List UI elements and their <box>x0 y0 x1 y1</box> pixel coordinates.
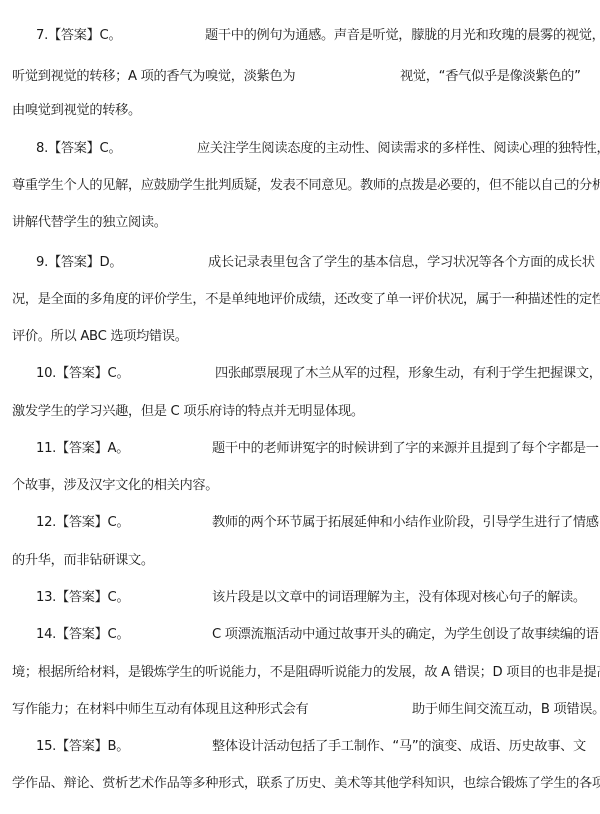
answer-number: 11. <box>36 439 56 459</box>
answer-line: 个故事，涉及汉字文化的相关内容。 <box>12 476 590 496</box>
answer-line: 境；根据所给材料，是锻炼学生的听说能力，不是阻碍听说能力的发展，故 A 错误；D… <box>12 663 590 683</box>
answer-number: 14. <box>36 625 56 645</box>
answer-explanation: 听觉到视觉的转移；A 项的香气为嗅觉，淡紫色为 <box>12 67 295 87</box>
answer-line: 12. 【答案】C。 教师的两个环节属于拓展延伸和小结作业阶段，引导学生进行了情… <box>12 513 590 533</box>
answer-explanation: 题干中的例句为通感。声音是听觉，朦胧的月光和玫瑰的晨雾的视觉， <box>205 26 600 46</box>
answer-explanation: 况，是全面的多角度的评价学生，不是单纯地评价成绩，还改变了单一评价状况，属于一种… <box>12 290 600 310</box>
answer-label: 【答案】C。 <box>56 588 129 608</box>
answer-explanation: 评价。所以 ABC 选项均错误。 <box>12 327 188 347</box>
answer-label: 【答案】C。 <box>56 513 129 533</box>
answer-line: 听觉到视觉的转移；A 项的香气为嗅觉，淡紫色为 视觉，“香气似乎是像淡紫色的” <box>12 67 590 87</box>
answer-label: 【答案】C。 <box>48 26 121 46</box>
answer-number: 13. <box>36 588 56 608</box>
answer-number: 8. <box>36 139 48 159</box>
answer-line: 学作品、辩论、赏析艺术作品等多种形式，联系了历史、美术等其他学科知识，也综合锻炼… <box>12 774 590 794</box>
answer-number: 7. <box>36 26 48 46</box>
answer-line: 尊重学生个人的见解，应鼓励学生批判质疑，发表不同意见。教师的点拨是必要的，但不能… <box>12 176 590 196</box>
answer-line: 14. 【答案】C。 C 项漂流瓶活动中通过故事开头的确定，为学生创设了故事续编… <box>12 625 590 645</box>
answer-explanation: C 项漂流瓶活动中通过故事开头的确定，为学生创设了故事续编的语 <box>212 625 599 645</box>
answer-line: 8. 【答案】C。 应关注学生阅读态度的主动性、阅读需求的多样性、阅读心理的独特… <box>12 139 590 159</box>
answer-explanation: 应关注学生阅读态度的主动性、阅读需求的多样性、阅读心理的独特性， <box>197 139 600 159</box>
answer-line: 7. 【答案】C。 题干中的例句为通感。声音是听觉，朦胧的月光和玫瑰的晨雾的视觉… <box>12 26 590 46</box>
answer-line: 11. 【答案】A。 题干中的老师讲冤字的时候讲到了字的来源并且提到了每个字都是… <box>12 439 590 459</box>
answer-line: 9. 【答案】D。 成长记录表里包含了学生的基本信息，学习状况等各个方面的成长状 <box>12 253 590 273</box>
answer-number: 9. <box>36 253 48 273</box>
answer-explanation: 学作品、辩论、赏析艺术作品等多种形式，联系了历史、美术等其他学科知识，也综合锻炼… <box>12 774 600 794</box>
answer-line: 的升华，而非钻研课文。 <box>12 551 590 571</box>
answer-line: 评价。所以 ABC 选项均错误。 <box>12 327 590 347</box>
answer-explanation: 尊重学生个人的见解，应鼓励学生批判质疑，发表不同意见。教师的点拨是必要的，但不能… <box>12 176 600 196</box>
answer-explanation-tail: 视觉，“香气似乎是像淡紫色的” <box>400 67 581 87</box>
answer-label: 【答案】B。 <box>56 737 129 757</box>
answer-explanation: 境；根据所给材料，是锻炼学生的听说能力，不是阻碍听说能力的发展，故 A 错误；D… <box>12 663 600 683</box>
answer-document: 7. 【答案】C。 题干中的例句为通感。声音是听觉，朦胧的月光和玫瑰的晨雾的视觉… <box>0 0 600 814</box>
answer-explanation: 的升华，而非钻研课文。 <box>12 551 154 571</box>
answer-line: 写作能力；在材料中师生互动有体现且这种形式会有 助于师生间交流互动，B 项错误。 <box>12 700 590 720</box>
answer-explanation: 该片段是以文章中的词语理解为主，没有体现对核心句子的解读。 <box>212 588 586 608</box>
answer-label: 【答案】C。 <box>48 139 121 159</box>
answer-explanation-tail: 助于师生间交流互动，B 项错误。 <box>412 700 600 720</box>
answer-label: 【答案】C。 <box>56 625 129 645</box>
answer-number: 10. <box>36 364 56 384</box>
answer-explanation: 讲解代替学生的独立阅读。 <box>12 213 167 233</box>
answer-explanation: 激发学生的学习兴趣，但是 C 项乐府诗的特点并无明显体现。 <box>12 402 364 422</box>
answer-label: 【答案】C。 <box>56 364 129 384</box>
answer-line: 由嗅觉到视觉的转移。 <box>12 101 590 121</box>
answer-number: 12. <box>36 513 56 533</box>
answer-explanation: 写作能力；在材料中师生互动有体现且这种形式会有 <box>12 700 308 720</box>
answer-explanation: 题干中的老师讲冤字的时候讲到了字的来源并且提到了每个字都是一 <box>212 439 599 459</box>
answer-line: 况，是全面的多角度的评价学生，不是单纯地评价成绩，还改变了单一评价状况，属于一种… <box>12 290 590 310</box>
answer-number: 15. <box>36 737 56 757</box>
answer-explanation: 由嗅觉到视觉的转移。 <box>12 101 141 121</box>
answer-label: 【答案】A。 <box>56 439 129 459</box>
answer-line: 10. 【答案】C。 四张邮票展现了木兰从军的过程，形象生动，有利于学生把握课文… <box>12 364 590 384</box>
answer-explanation: 个故事，涉及汉字文化的相关内容。 <box>12 476 218 496</box>
answer-line: 15. 【答案】B。 整体设计活动包括了手工制作、“马”的演变、成语、历史故事、… <box>12 737 590 757</box>
answer-explanation: 成长记录表里包含了学生的基本信息，学习状况等各个方面的成长状 <box>208 253 595 273</box>
answer-explanation: 教师的两个环节属于拓展延伸和小结作业阶段，引导学生进行了情感 <box>212 513 599 533</box>
answer-line: 13. 【答案】C。 该片段是以文章中的词语理解为主，没有体现对核心句子的解读。 <box>12 588 590 608</box>
answer-explanation: 四张邮票展现了木兰从军的过程，形象生动，有利于学生把握课文， <box>215 364 600 384</box>
answer-line: 激发学生的学习兴趣，但是 C 项乐府诗的特点并无明显体现。 <box>12 402 590 422</box>
answer-label: 【答案】D。 <box>48 253 122 273</box>
answer-line: 讲解代替学生的独立阅读。 <box>12 213 590 233</box>
answer-explanation: 整体设计活动包括了手工制作、“马”的演变、成语、历史故事、文 <box>212 737 586 757</box>
